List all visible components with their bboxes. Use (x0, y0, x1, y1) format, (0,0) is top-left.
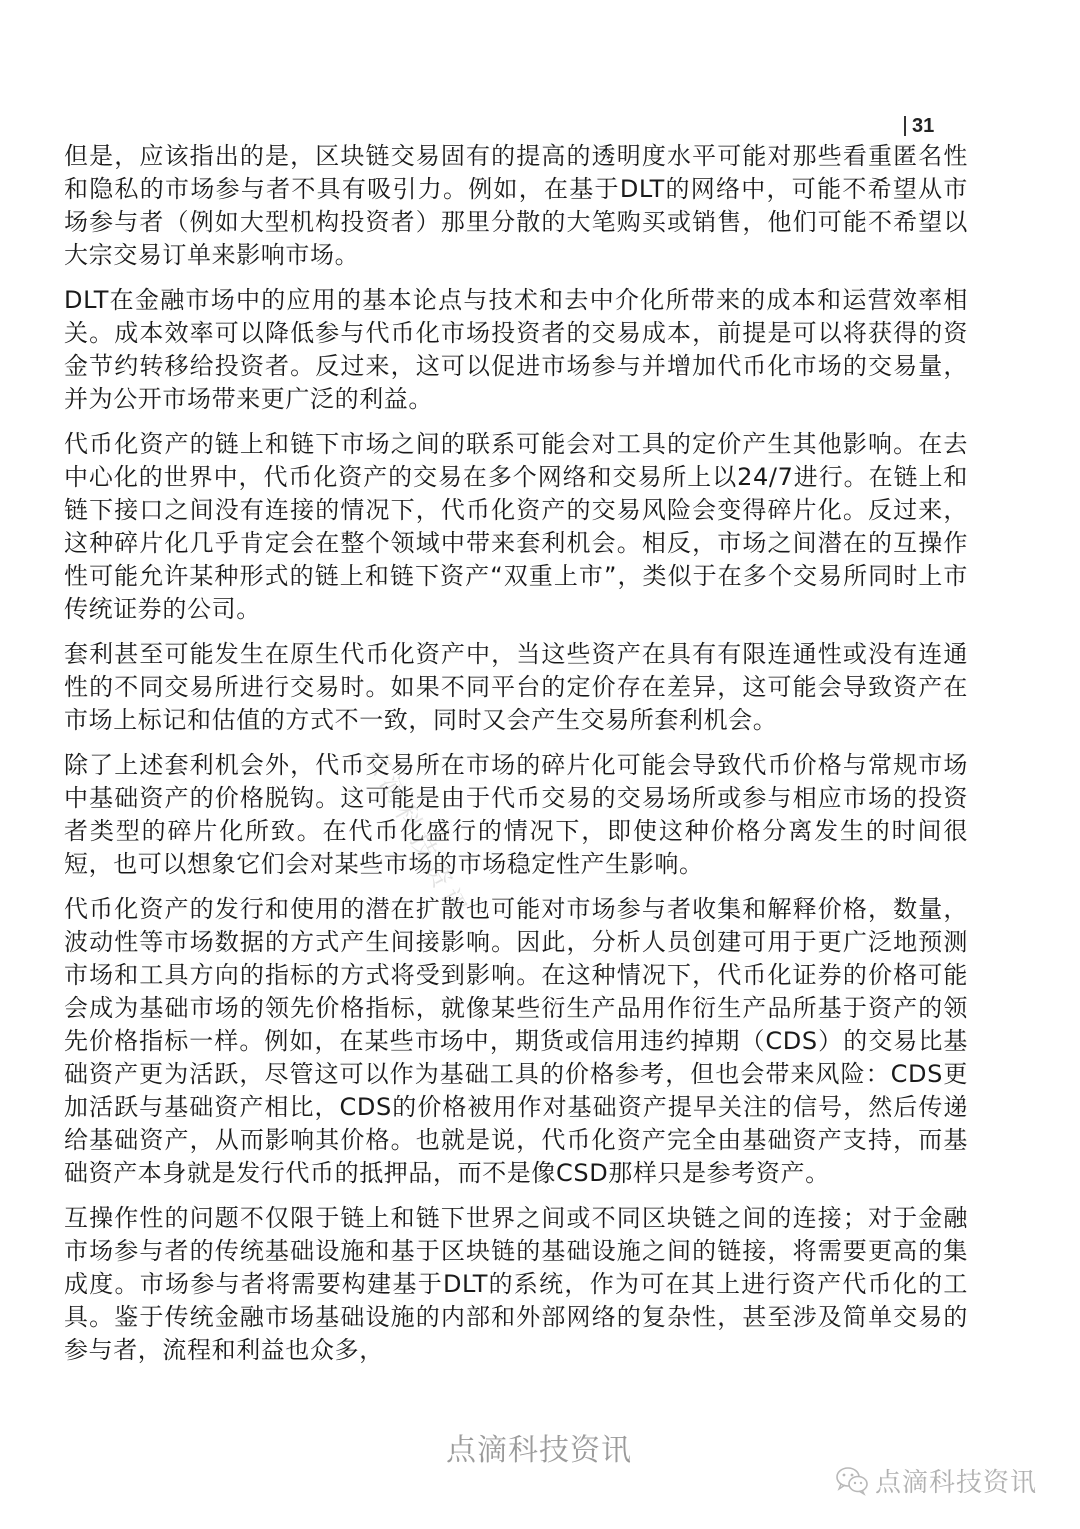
page-number: 31 (904, 116, 934, 136)
footer-title: 点滴科技资讯 (446, 1425, 632, 1469)
paragraph-cost-efficiency: DLT在金融市场中的应用的基本论点与技术和去中介化所带来的成本和运营效率相关。成… (64, 284, 968, 416)
document-body: 但是，应该指出的是，区块链交易固有的提高的透明度水平可能对那些看重匿名性和隐私的… (64, 140, 968, 1379)
wechat-icon (835, 1466, 869, 1496)
footer-brand: 点滴科技资讯 (835, 1462, 1037, 1499)
paragraph-market-data: 代币化资产的发行和使用的潜在扩散也可能对市场参与者收集和解释价格，数量，波动性等… (64, 893, 968, 1190)
paragraph-arbitrage: 套利甚至可能发生在原生代币化资产中，当这些资产在具有有限连通性或没有连通性的不同… (64, 638, 968, 737)
paragraph-interoperability: 互操作性的问题不仅限于链上和链下世界之间或不同区块链之间的连接；对于金融市场参与… (64, 1202, 968, 1367)
paragraph-onchain-offchain-pricing: 代币化资产的链上和链下市场之间的联系可能会对工具的定价产生其他影响。在去中心化的… (64, 428, 968, 626)
paragraph-price-decoupling: 除了上述套利机会外，代币交易所在市场的碎片化可能会导致代币价格与常规市场中基础资… (64, 749, 968, 881)
footer-brand-label: 点滴科技资讯 (875, 1462, 1037, 1499)
paragraph-anonymity: 但是，应该指出的是，区块链交易固有的提高的透明度水平可能对那些看重匿名性和隐私的… (64, 140, 968, 272)
